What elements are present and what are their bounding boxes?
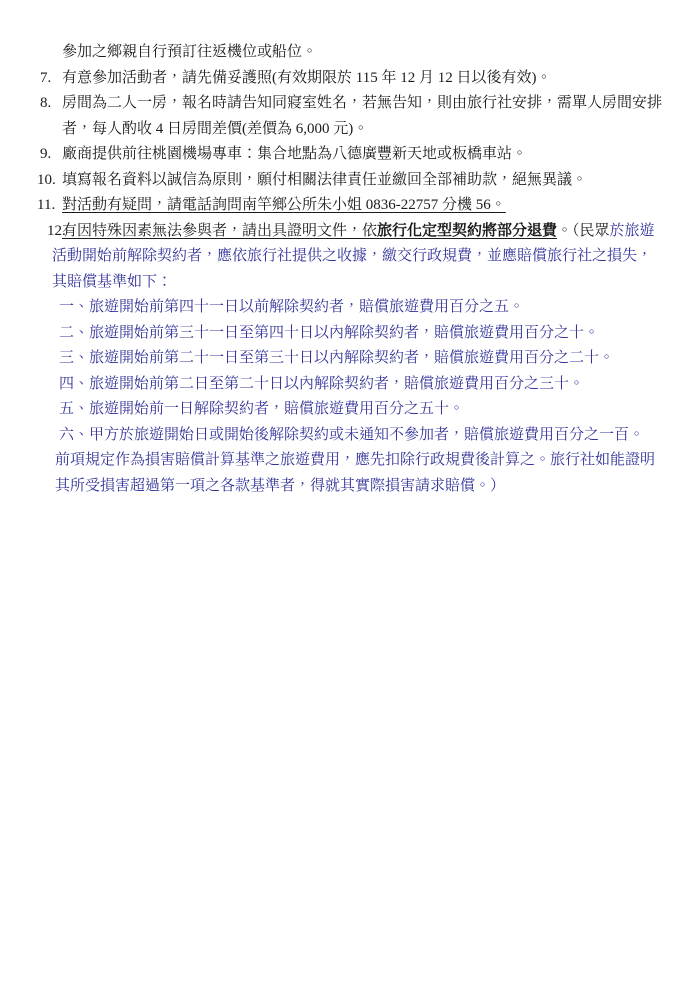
sub-item: 四、旅遊開始前第二日至第二十日以內解除契約者，賠償旅遊費用百分之三十。	[0, 372, 700, 398]
sub-item: 五、旅遊開始前一日解除契約者，賠償旅遊費用百分之五十。	[0, 397, 700, 423]
text-run: 填寫報名資料以誠信為原則，願付相關法律責任並繳回全部補助款，絕無異議。	[62, 172, 587, 188]
sub-item: 一、旅遊開始前第四十一日以前解除契約者，賠償旅遊費用百分之五。	[0, 295, 700, 321]
sub-item: 三、旅遊開始前第二十一日至第三十日以內解除契約者，賠償旅遊費用百分之二十。	[0, 346, 700, 372]
text-run: 前項規定作為損害賠償計算基準之旅遊費用，應先扣除行政規費後計算之。旅行社如能證明…	[55, 452, 655, 494]
text-run: 三、旅遊開始前第二十一日至第三十日以內解除契約者，賠償旅遊費用百分之二十。	[59, 350, 614, 366]
item-number: 12.	[37, 219, 66, 245]
text-run: 有因特殊因素無法參與者，請出具證明文件，依	[62, 223, 377, 239]
document-page: 參加之鄉親自行預訂往返機位或船位。7.有意參加活動者，請先備妥護照(有效期限於 …	[0, 0, 700, 990]
paragraph: 參加之鄉親自行預訂往返機位或船位。	[0, 40, 700, 66]
item-number: 11.	[37, 193, 55, 219]
text-run: 四、旅遊開始前第二日至第二十日以內解除契約者，賠償旅遊費用百分之三十。	[59, 376, 584, 392]
text-run: 旅行化定型契約將部分退費	[377, 223, 557, 239]
text-run: 房間為二人一房，報名時請告知同寢室姓名，若無告知，則由旅行社安排，需單人房間安排…	[62, 95, 662, 137]
text-run: 五、旅遊開始前一日解除契約者，賠償旅遊費用百分之五十。	[59, 401, 464, 417]
text-run: 有意參加活動者，請先備妥護照(有效期限於 115 年 12 月 12 日以後有效…	[62, 70, 551, 86]
sub-item: 二、旅遊開始前第三十一日至第四十日以內解除契約者，賠償旅遊費用百分之十。	[0, 321, 700, 347]
text-run: 一、旅遊開始前第四十一日以前解除契約者，賠償旅遊費用百分之五。	[59, 299, 524, 315]
numbered-item: 9.廠商提供前往桃園機場專車：集合地點為八德廣豐新天地或板橋車站。	[0, 142, 700, 168]
text-run: 二、旅遊開始前第三十一日至第四十日以內解除契約者，賠償旅遊費用百分之十。	[59, 325, 599, 341]
numbered-item: 11.對活動有疑問，請電話詢問南竿鄉公所朱小姐 0836-22757 分機 56…	[0, 193, 700, 219]
item-number: 9.	[40, 142, 51, 168]
numbered-item: 10.填寫報名資料以誠信為原則，願付相關法律責任並繳回全部補助款，絕無異議。	[0, 168, 700, 194]
item-number: 8.	[40, 91, 51, 117]
text-run: 參加之鄉親自行預訂往返機位或船位。	[62, 44, 317, 60]
text-run: 六、甲方於旅遊開始日或開始後解除契約或未通知不參加者，賠償旅遊費用百分之一百。	[59, 427, 644, 443]
item-number: 7.	[40, 66, 51, 92]
numbered-item: 12.有因特殊因素無法參與者，請出具證明文件，依旅行化定型契約將部分退費。（民眾…	[0, 219, 700, 296]
text-run: 對活動有疑問，請電話詢問南竿鄉公所朱小姐 0836-22757 分機 56。	[62, 197, 506, 213]
numbered-item: 7.有意參加活動者，請先備妥護照(有效期限於 115 年 12 月 12 日以後…	[0, 66, 700, 92]
paragraph: 前項規定作為損害賠償計算基準之旅遊費用，應先扣除行政規費後計算之。旅行社如能證明…	[0, 448, 700, 499]
text-run: 。（民眾	[557, 223, 610, 239]
numbered-item: 8.房間為二人一房，報名時請告知同寢室姓名，若無告知，則由旅行社安排，需單人房間…	[0, 91, 700, 142]
item-number: 10.	[37, 168, 56, 194]
text-run: 廠商提供前往桃園機場專車：集合地點為八德廣豐新天地或板橋車站。	[62, 146, 527, 162]
sub-item: 六、甲方於旅遊開始日或開始後解除契約或未通知不參加者，賠償旅遊費用百分之一百。	[0, 423, 700, 449]
document-body: 參加之鄉親自行預訂往返機位或船位。7.有意參加活動者，請先備妥護照(有效期限於 …	[0, 40, 700, 499]
